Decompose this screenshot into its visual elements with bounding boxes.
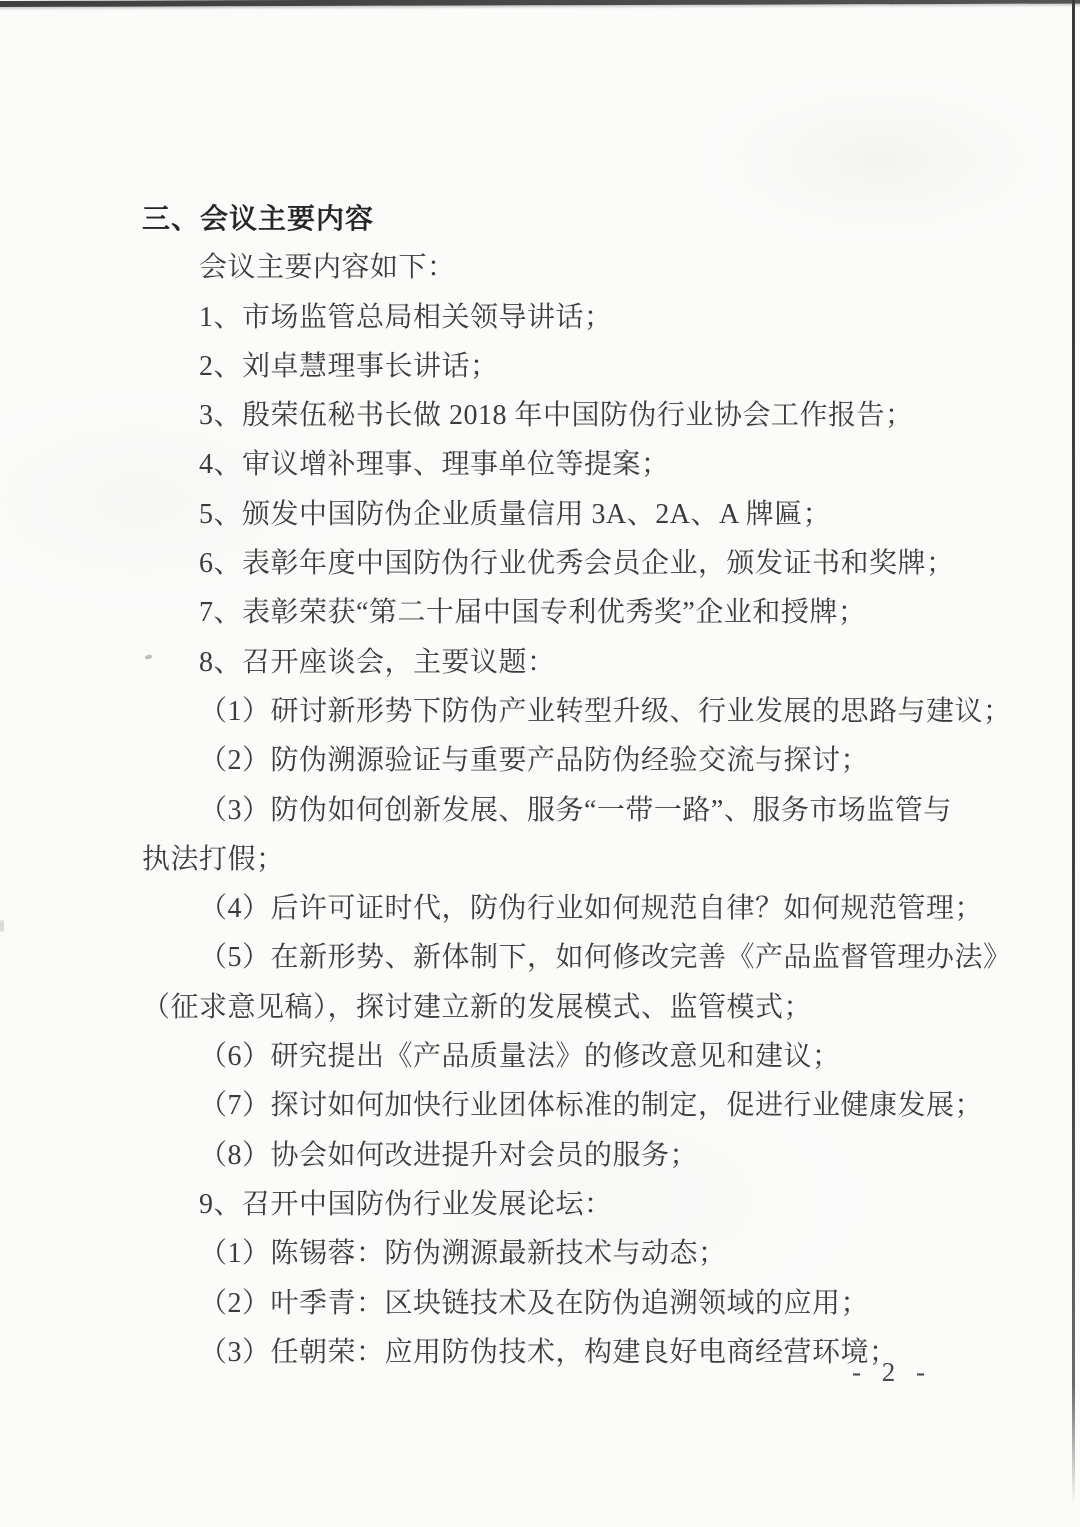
text-line: 会议主要内容如下： xyxy=(142,243,1002,292)
text-line: （7）探讨如何加快行业团体标准的制定，促进行业健康发展； xyxy=(142,1081,1002,1130)
text-line: 9、召开中国防伪行业发展论坛： xyxy=(142,1180,1002,1229)
text-line: 3、殷荣伍秘书长做 2018 年中国防伪行业协会工作报告； xyxy=(142,391,1002,440)
text-line: 8、召开座谈会，主要议题： xyxy=(142,638,1002,687)
text-line: （4）后许可证时代，防伪行业如何规范自律？如何规范管理； xyxy=(142,884,1002,933)
text-line: （2）叶季青：区块链技术及在防伪追溯领域的应用； xyxy=(142,1279,1002,1328)
text-line: （5）在新形势、新体制下，如何修改完善《产品监督管理办法》 xyxy=(142,933,1002,982)
document-page: 三、会议主要内容 会议主要内容如下：1、市场监管总局相关领导讲话；2、刘卓慧理事… xyxy=(142,194,1002,1377)
scan-edge-right xyxy=(1072,0,1075,1505)
text-line: 6、表彰年度中国防伪行业优秀会员企业，颁发证书和奖牌； xyxy=(142,539,1002,588)
page-number: - 2 - xyxy=(852,1352,929,1392)
text-line: 7、表彰荣获“第二十届中国专利优秀奖”企业和授牌； xyxy=(142,588,1002,637)
text-line: 4、审议增补理事、理事单位等提案； xyxy=(142,440,1002,489)
text-line: 执法打假； xyxy=(142,835,1002,884)
text-line: （6）研究提出《产品质量法》的修改意见和建议； xyxy=(142,1032,1002,1081)
document-body-lines: 会议主要内容如下：1、市场监管总局相关领导讲话；2、刘卓慧理事长讲话；3、殷荣伍… xyxy=(142,243,1002,1377)
scan-speck xyxy=(0,920,4,932)
scan-edge-top xyxy=(0,0,1080,7)
text-line: （征求意见稿），探讨建立新的发展模式、监管模式； xyxy=(142,983,1002,1032)
text-line: （3）防伪如何创新发展、服务“一带一路”、服务市场监管与 xyxy=(142,786,1002,835)
text-line: （8）协会如何改进提升对会员的服务； xyxy=(142,1131,1002,1180)
text-line: 5、颁发中国防伪企业质量信用 3A、2A、A 牌匾； xyxy=(142,490,1002,539)
text-line: （1）陈锡蓉：防伪溯源最新技术与动态； xyxy=(142,1229,1002,1278)
text-line: （2）防伪溯源验证与重要产品防伪经验交流与探讨； xyxy=(142,736,1002,785)
text-line: 2、刘卓慧理事长讲话； xyxy=(142,342,1002,391)
section-heading: 三、会议主要内容 xyxy=(142,194,1002,243)
text-line: 1、市场监管总局相关领导讲话； xyxy=(142,293,1002,342)
text-line: （1）研讨新形势下防伪产业转型升级、行业发展的思路与建议； xyxy=(142,687,1002,736)
